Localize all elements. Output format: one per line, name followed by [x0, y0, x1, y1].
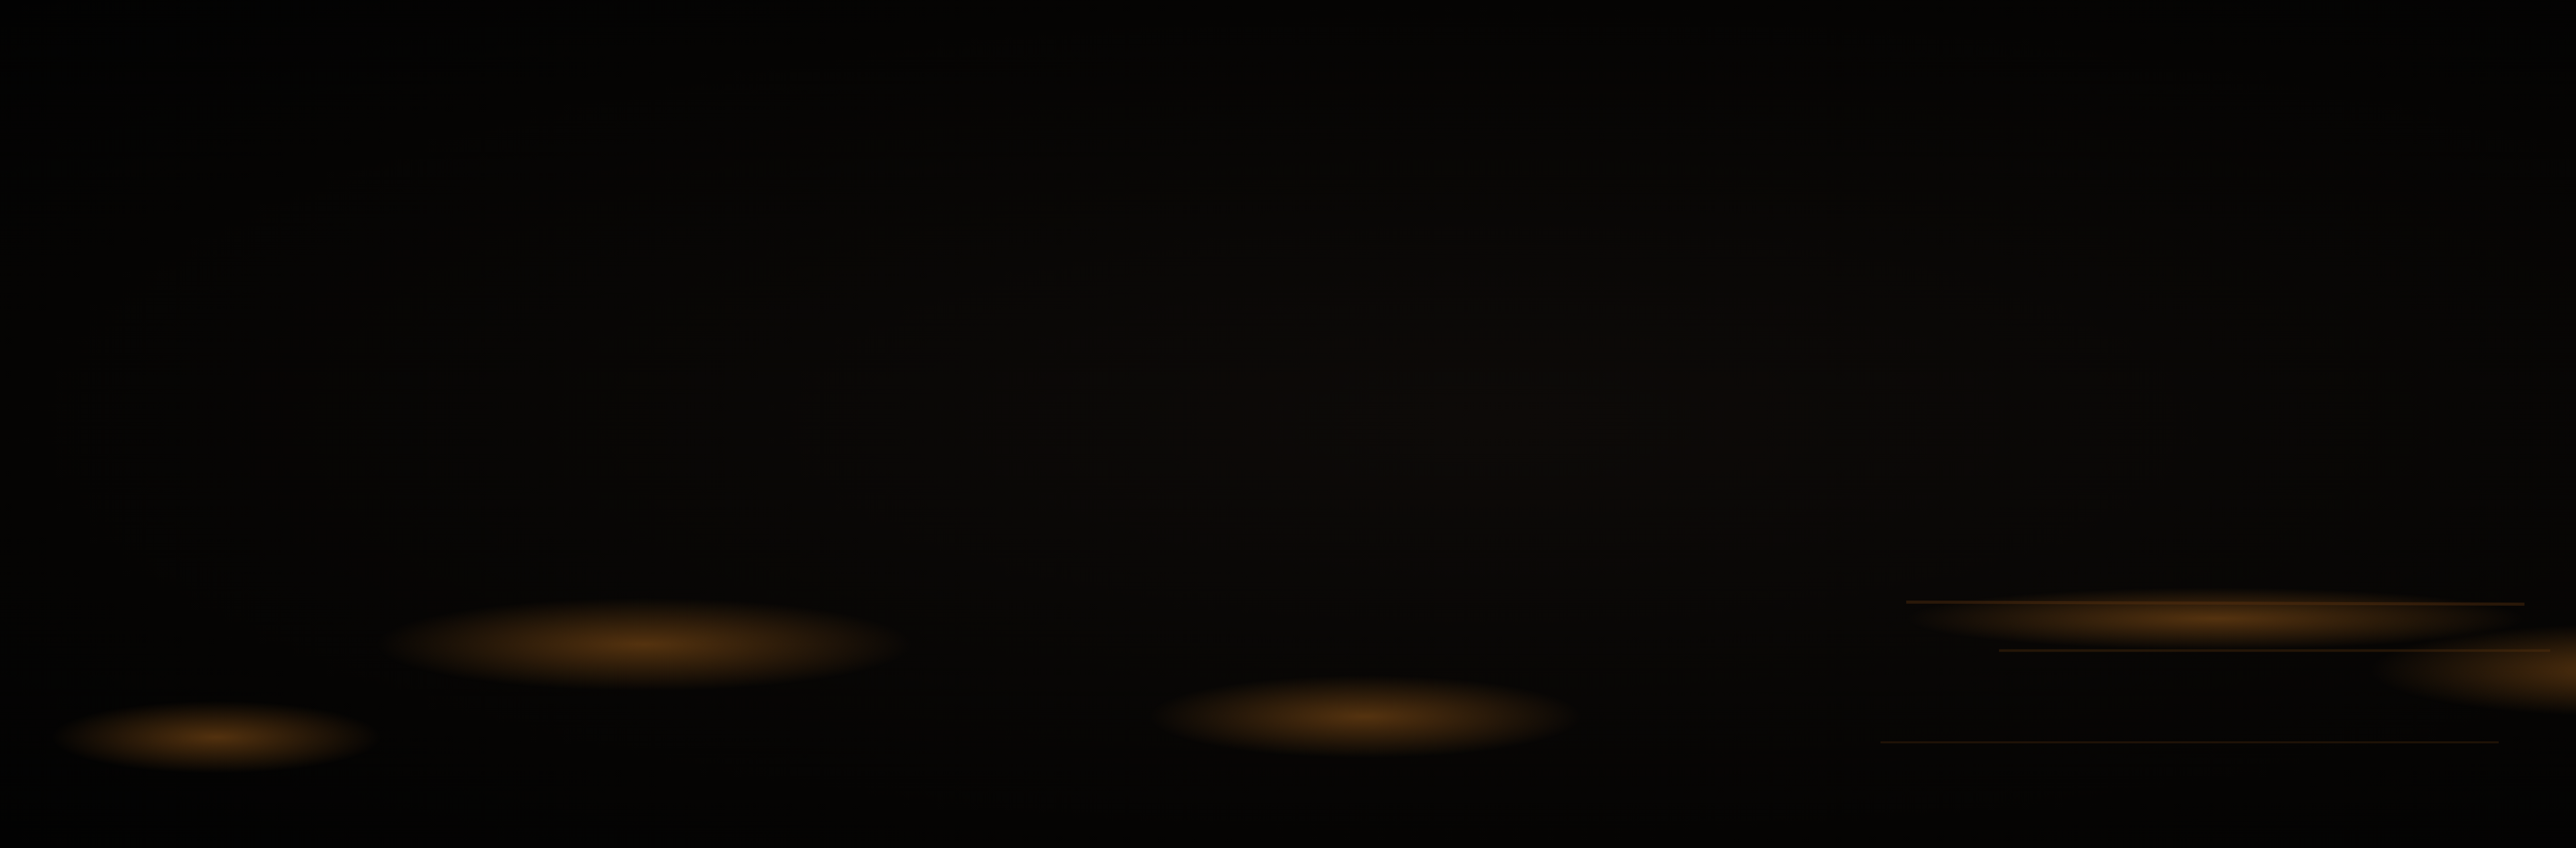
stain: [52, 701, 381, 773]
leaf-bottom-svg: [0, 0, 2576, 848]
stain: [1149, 675, 1582, 758]
stain: [376, 598, 912, 691]
fiber-line: [1906, 602, 2524, 604]
palm-leaf-blank: [0, 0, 2576, 848]
